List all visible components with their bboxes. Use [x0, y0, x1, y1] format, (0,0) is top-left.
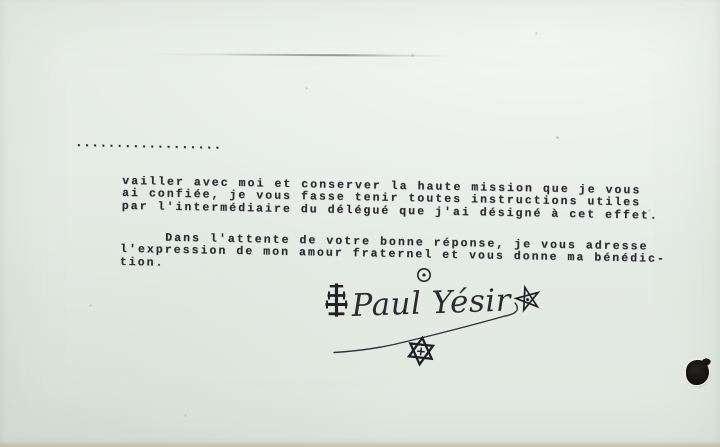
patriarchal-cross-icon — [327, 285, 346, 315]
signature-text: Paul Yésir — [350, 282, 513, 324]
paper-specks — [0, 0, 1, 1]
circled-dot-icon — [418, 269, 430, 281]
paper-bottom-edge — [0, 441, 720, 447]
scanned-letter-page: .................. vailler avec moi et c… — [0, 0, 720, 447]
pentagram-icon — [516, 287, 538, 310]
star-of-david-icon — [408, 337, 433, 366]
signature-block: Paul Yésir — [0, 0, 720, 447]
